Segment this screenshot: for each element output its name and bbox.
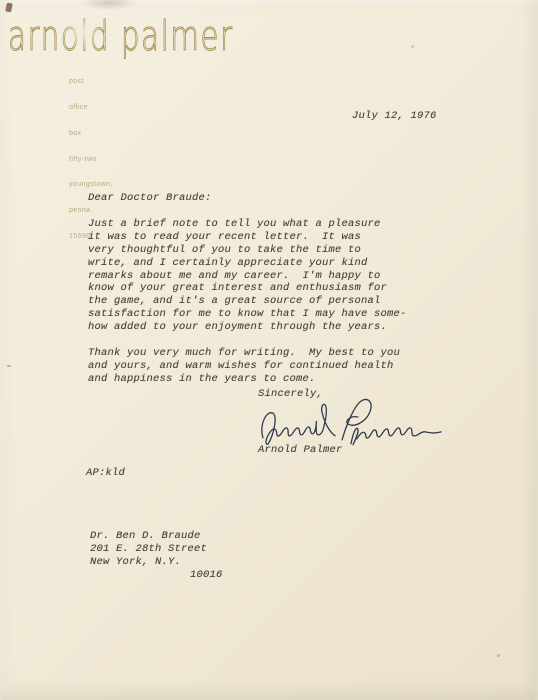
body-line: the game, and it's a great source of per… — [88, 295, 407, 308]
letter-page: arnold palmer post office box fifty-two … — [0, 0, 538, 700]
recipient-address: Dr. Ben D. Braude 201 E. 28th Street New… — [90, 530, 223, 582]
letterhead-address-line: youngstown, — [69, 181, 113, 190]
typist-initials: AP:kld — [86, 467, 125, 479]
body-line: Just a brief note to tell you what a ple… — [88, 218, 407, 231]
body-line: and yours, and warm wishes for continued… — [88, 360, 407, 373]
body-line: write, and I certainly appreciate your k… — [88, 257, 407, 270]
body-line: it was to read your recent letter. It wa… — [88, 231, 407, 244]
letterhead-address-line: office — [69, 104, 113, 113]
recipient-line: New York, N.Y. — [90, 556, 223, 569]
body-line: Thank you very much for writing. My best… — [88, 347, 407, 360]
scan-speck — [411, 45, 414, 48]
scan-speck — [497, 654, 500, 657]
body-line: remarks about me and my career. I'm happ… — [88, 270, 407, 283]
salutation: Dear Doctor Braude: — [88, 192, 407, 205]
recipient-line: Dr. Ben D. Braude — [90, 530, 223, 543]
scan-speck — [7, 365, 11, 367]
body-paragraph-1: Just a brief note to tell you what a ple… — [88, 218, 407, 334]
letterhead-name: arnold palmer — [8, 12, 234, 60]
body-paragraph-2: Thank you very much for writing. My best… — [88, 347, 407, 386]
body-line: how added to your enjoyment through the … — [88, 321, 407, 334]
letterhead-address-line: fifty-two — [69, 156, 113, 165]
typed-signature-name: Arnold Palmer — [258, 444, 343, 456]
scan-smudge — [60, 14, 104, 50]
body-line: and happiness in the years to come. — [88, 373, 407, 386]
letterhead-address-line: post — [69, 78, 113, 87]
body-line: know of your great interest and enthusia… — [88, 282, 407, 295]
letterhead-address-line: box — [69, 130, 113, 139]
recipient-zip: 10016 — [90, 569, 223, 582]
scan-smudge — [80, 0, 138, 10]
letter-date: July 12, 1976 — [352, 110, 437, 122]
letter-body: Dear Doctor Braude: Just a brief note to… — [88, 192, 407, 386]
body-line: very thoughtful of you to take the time … — [88, 244, 407, 257]
recipient-line: 201 E. 28th Street — [90, 543, 223, 556]
body-line: satisfaction for me to know that I may h… — [88, 308, 407, 321]
